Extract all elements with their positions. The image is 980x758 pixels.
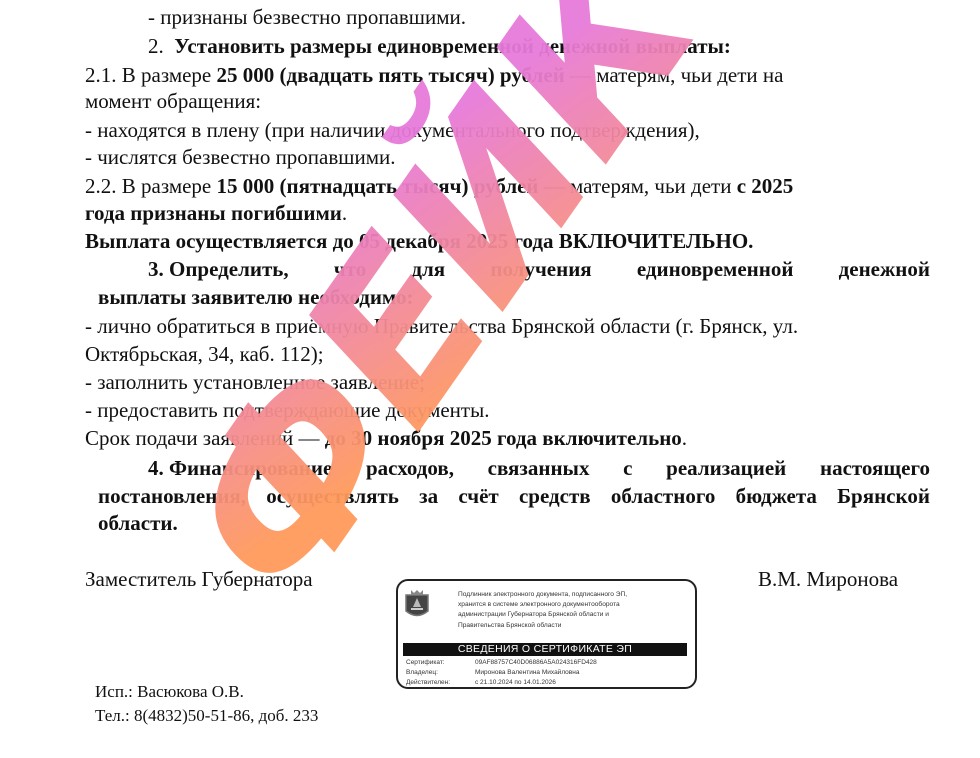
certificate-title: СВЕДЕНИЯ О СЕРТИФИКАТЕ ЭП: [403, 643, 687, 656]
certificate-label: Действителен:: [406, 678, 475, 687]
word: что: [334, 256, 366, 282]
certificate-value: Миронова Валентина Михайловна: [475, 669, 579, 676]
word: с: [623, 455, 632, 481]
word: за: [419, 483, 438, 509]
item-2-1: 2.1. В размере 25 000 (двадцать пять тыс…: [85, 62, 783, 88]
deadline-prefix: Срок подачи заявлений —: [85, 426, 325, 450]
item-2-number: 2.: [148, 34, 164, 58]
word: Брянской: [837, 483, 930, 509]
item-3-line-2-text: выплаты заявителю необходимо:: [98, 285, 413, 309]
payment-deadline-text: Выплата осуществляется до 05 декабря 202…: [85, 229, 753, 253]
item-3-line-2: выплаты заявителю необходимо:: [98, 284, 413, 310]
item-2-2-prefix: 2.2. В размере: [85, 174, 217, 198]
item-3-bullet: - заполнить установленное заявление;: [85, 369, 425, 395]
executor-phone: Тел.: 8(4832)50-51-86, доб. 233: [95, 705, 318, 726]
certificate-row-serial: Сертификат:09AF88757C40D06886A5A024316FD…: [406, 658, 597, 667]
item-3-bullet: - лично обратиться в приёмную Правительс…: [85, 313, 798, 339]
word: постановления,: [98, 483, 246, 509]
certificate-intro-line: хранится в системе электронного документ…: [458, 600, 627, 610]
word: счёт: [458, 483, 498, 509]
word: осуществлять: [266, 483, 399, 509]
item-2-2-cont-end: .: [342, 201, 347, 225]
word: расходов,: [366, 455, 454, 481]
item-2-2-amount: 15 000 (пятнадцать тысяч) рублей: [217, 174, 539, 198]
word: областного: [611, 483, 716, 509]
item-4-line-3-text: области.: [98, 511, 178, 535]
certificate-intro-line: Подлинник электронного документа, подпис…: [458, 590, 627, 600]
certificate-value: с 21.10.2024 по 14.01.2026: [475, 679, 556, 686]
item-2-2-middle: — матерям, чьи дети: [539, 174, 737, 198]
word: для: [411, 256, 445, 282]
item-4-line-3: области.: [98, 510, 178, 536]
item-2-2-cont: года признаны погибшими.: [85, 200, 347, 226]
item-4-line-1: 4. Финансированиерасходов,связанныхсреал…: [148, 455, 930, 481]
item-2-2-cont-bold: года признаны погибшими: [85, 201, 342, 225]
word: единовременной: [637, 256, 794, 282]
executor-name: Исп.: Васюкова О.В.: [95, 681, 244, 702]
item-2-1-cont: момент обращения:: [85, 88, 261, 114]
word: средств: [519, 483, 591, 509]
item-3-bullet: - предоставить подтверждающие документы.: [85, 397, 489, 423]
certificate-row-validity: Действителен:с 21.10.2024 по 14.01.2026: [406, 678, 556, 687]
word: реализацией: [666, 455, 786, 481]
certificate-intro-line: администрации Губернатора Брянской облас…: [458, 610, 627, 620]
item-4-line-2: постановления,осуществлятьзасчётсредство…: [98, 483, 930, 509]
word: денежной: [839, 256, 930, 282]
item-3-bullet-cont: Октябрьская, 34, каб. 112);: [85, 341, 324, 367]
word: настоящего: [820, 455, 930, 481]
payment-deadline: Выплата осуществляется до 05 декабря 202…: [85, 228, 753, 254]
deadline-bold: до 30 ноября 2025 года включительно: [325, 426, 682, 450]
certificate-label: Сертификат:: [406, 658, 475, 667]
certificate-intro: Подлинник электронного документа, подпис…: [458, 590, 627, 631]
word: получения: [490, 256, 591, 282]
partial-line: - признаны безвестно пропавшими.: [148, 4, 466, 30]
item-2-1-bullet: - числятся безвестно пропавшими.: [85, 144, 395, 170]
item-2-2-year: с 2025: [737, 174, 794, 198]
certificate-row-owner: Владелец:Миронова Валентина Михайловна: [406, 668, 579, 677]
certificate-value: 09AF88757C40D06886A5A024316FD428: [475, 659, 597, 666]
certificate-intro-line: Правительства Брянской области: [458, 621, 627, 631]
item-2-1-bullet: - находятся в плену (при наличии докумен…: [85, 117, 700, 143]
deadline-end: .: [682, 426, 687, 450]
item-2-2: 2.2. В размере 15 000 (пятнадцать тысяч)…: [85, 173, 793, 199]
word: бюджета: [736, 483, 817, 509]
signature-name: В.М. Миронова: [758, 566, 898, 592]
item-2-1-suffix: — матерям, чьи дети на: [565, 63, 784, 87]
certificate-label: Владелец:: [406, 668, 475, 677]
word: 4. Финансирование: [148, 455, 332, 481]
signature-position: Заместитель Губернатора: [85, 566, 313, 592]
item-2-heading: 2. Установить размеры единовременной ден…: [148, 33, 731, 59]
item-2-title: Установить размеры единовременной денежн…: [174, 34, 731, 58]
bryansk-coat-of-arms-icon: [404, 589, 430, 621]
item-3-line-1: 3. Определить,чтодляполученияединовремен…: [148, 256, 930, 282]
certificate-stamp: Подлинник электронного документа, подпис…: [396, 579, 697, 689]
word: 3. Определить,: [148, 256, 289, 282]
word: связанных: [488, 455, 590, 481]
item-2-1-amount: 25 000 (двадцать пять тысяч) рублей: [217, 63, 565, 87]
application-deadline: Срок подачи заявлений — до 30 ноября 202…: [85, 425, 687, 451]
item-2-1-prefix: 2.1. В размере: [85, 63, 217, 87]
